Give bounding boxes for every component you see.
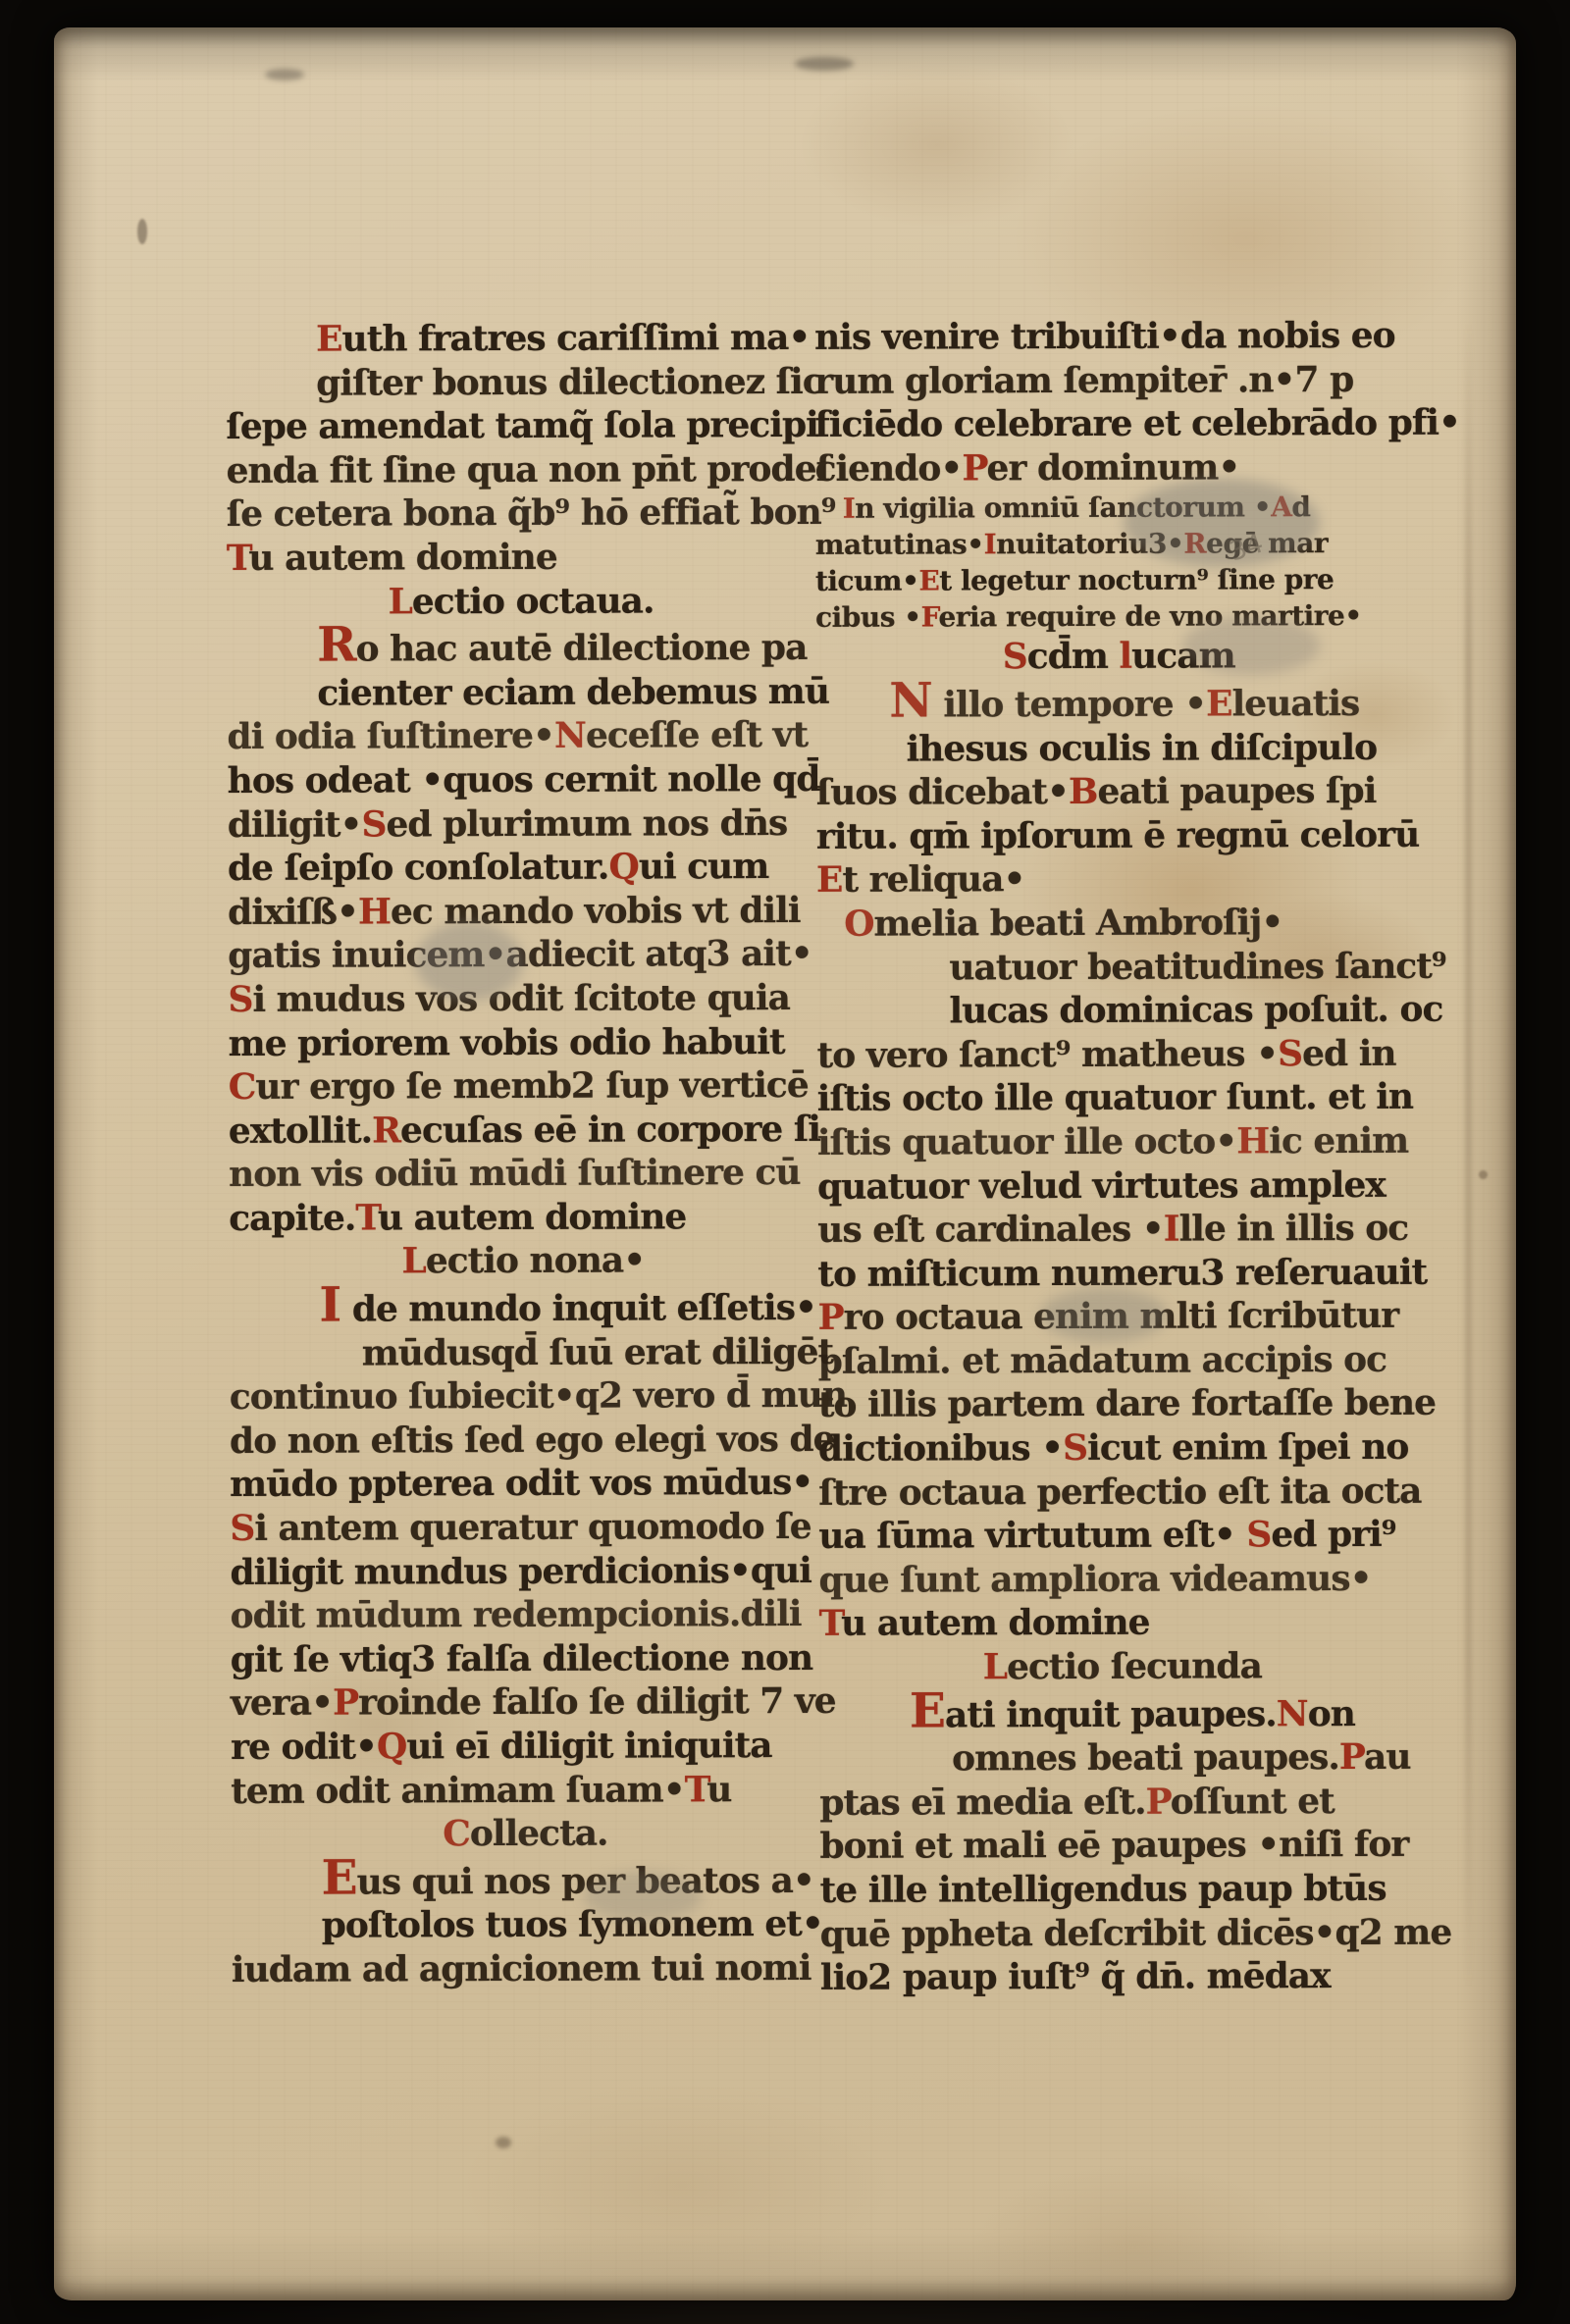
text-line: us eſt cardinales •Ille in illis oc — [817, 1207, 1424, 1253]
text-line: lio2 paup iuſt⁹ q̃ dn̄. mēdax — [820, 1954, 1427, 2000]
rubricated-initial: E — [1206, 683, 1232, 724]
stain-speck — [795, 57, 854, 71]
text-line: Si antem queratur quomodo ſe — [230, 1505, 818, 1551]
text-line: continuo ſubiecit•q2 vero d̄ mun — [230, 1373, 818, 1420]
rubricated-initial: L — [983, 1646, 1007, 1687]
text-line: te ille intelligendus paup btūs — [820, 1867, 1427, 1913]
text-line: me priorem vobis odio habuit — [228, 1019, 816, 1065]
text-line: ſepe amendat tamq̃ ſola precipi — [226, 403, 814, 449]
text-line: enda fit ſine qua non pn̄t prodeſ — [226, 447, 814, 493]
text-line: vera•Proinde falſo ſe diligit 7 ve — [231, 1679, 819, 1726]
rubricated-initial: I — [1164, 1209, 1179, 1250]
text-line: de ſeipſo conſolatur.Qui cum — [228, 845, 816, 891]
text-line: ihesus oculis in diſcipulo — [815, 725, 1422, 771]
text-line: N illo tempore •Eleuatis — [815, 678, 1422, 728]
rubricated-initial: B — [1069, 771, 1098, 812]
stain-speck — [137, 219, 147, 244]
stain-speck — [265, 69, 304, 80]
text-line: rum gloriam ſempiter̄ .n•7 p — [814, 357, 1421, 403]
rubricated-initial: T — [685, 1769, 707, 1810]
text-line: git ſe vtiq3 falſa dilectione non — [231, 1636, 819, 1682]
text-line: odit mūdum redempcionis.dili — [231, 1592, 819, 1638]
rubricated-initial: I — [319, 1277, 340, 1333]
rubricated-initial: L — [388, 581, 411, 622]
text-line: cibus •Feria require de vno martire• — [815, 597, 1422, 636]
rubricated-initial: T — [227, 538, 249, 579]
text-line: diligit•Sed plurimum nos dn̄s — [228, 800, 816, 847]
text-line: giſter bonus dilectionez ſic — [226, 359, 814, 405]
section-heading: Lectio nona• — [229, 1238, 817, 1284]
text-line: re odit•Qui eī diligit iniquita — [231, 1724, 819, 1770]
text-line: Ro hac autē dilectione pa — [227, 622, 815, 672]
rubricated-initial: P — [1339, 1736, 1364, 1778]
text-line: dictionibus •Sicut enim ſpei no — [818, 1425, 1425, 1472]
ink-smudge — [584, 1872, 702, 1921]
rubricated-initial: E — [321, 1849, 356, 1905]
rubricated-initial: l — [1119, 636, 1131, 677]
text-line: diligit mundus perdicionis•qui — [230, 1549, 818, 1595]
text-line: pſalmi. et mādatum accipis oc — [818, 1338, 1425, 1384]
rubricated-initial: P — [962, 447, 986, 489]
rubricated-initial: C — [443, 1813, 470, 1854]
rubricated-initial: N — [554, 715, 586, 756]
ink-smudge — [1182, 616, 1320, 675]
rubricated-initial: H — [358, 891, 391, 932]
text-line: Euth fratres cariſſimi ma• — [226, 316, 814, 362]
text-line: que ſunt ampliora videamus• — [818, 1557, 1425, 1603]
text-line: quatuor velud virtutes amplex — [817, 1162, 1424, 1209]
rubricated-initial: R — [317, 617, 356, 673]
rubricated-initial: N — [889, 672, 932, 728]
rubricated-initial: E — [816, 859, 843, 901]
text-block: Euth fratres cariſſimi ma•giſter bonus d… — [50, 25, 1520, 2302]
ink-smudge — [1124, 479, 1320, 567]
text-line: ficiēdo celebrare et celebrādo pfi• — [814, 401, 1421, 447]
rubricated-initial: Q — [608, 847, 639, 888]
text-line: iſtis octo ille quatuor ſunt. et in — [817, 1075, 1424, 1121]
rubricated-initial: S — [1278, 1033, 1302, 1074]
text-line: Tu autem domine — [819, 1600, 1426, 1646]
text-line: In vigilia omniū ſanctorum •Ad — [815, 489, 1422, 527]
section-heading: Lectio octaua. — [227, 578, 815, 624]
text-line: Eati inquit paupes.Non — [819, 1687, 1426, 1737]
rubricated-initial: S — [1063, 1427, 1087, 1469]
rubricated-initial: S — [1246, 1515, 1271, 1556]
text-line: ſuos dicebat•Beati paupes ſpi — [816, 769, 1423, 815]
text-line: nis venire tribuiſti•da nobis eo — [814, 314, 1421, 360]
text-line: omnes beati paupes.Pau — [819, 1735, 1426, 1782]
text-line: boni et mali eē paupes •niſi for — [819, 1823, 1426, 1869]
text-line: quē ppheta deſcribit dicēs•q2 me — [820, 1910, 1427, 1956]
rubricated-initial: H — [1236, 1120, 1269, 1162]
rubricated-initial: L — [401, 1241, 425, 1282]
rubricated-initial: E — [910, 1682, 945, 1738]
text-line: Cur ergo ſe memb2 ſup verticē — [229, 1063, 817, 1110]
rubricated-initial: Q — [377, 1726, 407, 1767]
text-line: poſtolos tuos ſymonem et• — [232, 1902, 820, 1948]
text-line: cienter eciam debemus mū — [227, 670, 815, 716]
text-line: ua ſūma virtutum eſt• Sed pri⁹ — [818, 1513, 1425, 1559]
text-line: ciendo•Per dominum• — [814, 445, 1421, 491]
rubricated-initial: I — [984, 529, 997, 561]
text-line: ſe cetera bona q̃b⁹ hō effiat̃ bon⁹ — [227, 491, 815, 537]
page-fold-crease — [1465, 322, 1472, 1989]
text-line: do non eſtis ſed ego elegi vos de — [230, 1418, 818, 1464]
rubricated-initial: R — [372, 1110, 400, 1151]
ink-smudge — [1040, 1288, 1168, 1342]
text-line: Si mudus vos odit ſcitote quia — [228, 976, 816, 1022]
rubricated-initial: C — [229, 1066, 256, 1108]
text-column-left: Euth fratres cariſſimi ma•giſter bonus d… — [226, 316, 820, 1992]
stain-speck — [496, 2137, 511, 2148]
text-line: iudam ad agnicionem tui nomi — [232, 1946, 820, 1992]
rubricated-initial: I — [843, 492, 856, 525]
rubricated-initial: E — [918, 565, 939, 597]
rubricated-initial: T — [355, 1197, 378, 1238]
text-line: hos odeat •quos cernit nolle qd̄ — [228, 757, 816, 803]
rubricated-initial: P — [1145, 1781, 1170, 1822]
rubricated-initial: P — [817, 1297, 843, 1338]
text-column-right: nis venire tribuiſti•da nobis eorum glor… — [814, 314, 1427, 2000]
rubricated-initial: F — [921, 601, 939, 634]
rubricated-initial: T — [819, 1603, 842, 1644]
rubricated-initial: O — [844, 904, 874, 945]
text-line: ſtre octaua perfectio eſt ita octa — [818, 1469, 1425, 1515]
text-line: to vero ſanct⁹ matheus •Sed in — [817, 1031, 1424, 1077]
text-line: ritu. qm̄ ipſorum ē regnū celorū — [816, 812, 1423, 858]
text-line: uatuor beatitudines ſanct⁹ — [816, 944, 1423, 990]
rubricated-initial: E — [316, 319, 342, 360]
photo-background: Euth fratres cariſſimi ma•giſter bonus d… — [0, 0, 1570, 2324]
rubricated-initial: S — [361, 803, 386, 845]
text-line: lucas dominicas poſuit. oc — [816, 988, 1423, 1034]
rubricated-initial: S — [228, 979, 252, 1020]
text-line: mūdo ppterea odit vos mūdus• — [230, 1461, 818, 1507]
ink-smudge — [415, 922, 523, 1001]
text-line: non vis odiū mūdi ſuſtinere cū — [229, 1151, 817, 1197]
manuscript-page: Euth fratres cariſſimi ma•giſter bonus d… — [54, 27, 1516, 2300]
text-line: extollit.Recuſas eē in corpore ſi — [229, 1108, 817, 1154]
text-line: tem odit animam ſuam•Tu — [231, 1767, 819, 1813]
text-line: mūdusqd̄ ſuū erat diligēt — [230, 1330, 818, 1376]
text-line: di odia ſuſtinere•Neceſſe eſt vt — [227, 713, 815, 759]
text-line: dixiſß•Hec mando vobis vt dili — [228, 889, 816, 935]
text-line: matutinas•Inuitatoriu3•Regē mar — [815, 525, 1422, 563]
text-line: I de mundo inquit eſſetis• — [229, 1282, 817, 1332]
rubricated-initial: P — [333, 1682, 358, 1724]
section-heading: Collecta. — [231, 1811, 819, 1857]
text-line: ticum•Et legetur nocturn⁹ ſine pre — [815, 561, 1422, 599]
text-line: capite.Tu autem domine — [229, 1195, 817, 1241]
rubricated-initial: N — [1277, 1693, 1308, 1734]
text-line: iſtis quatuor ille octo•Hic enim — [817, 1119, 1424, 1165]
text-line: Eus qui nos per beatos a• — [231, 1855, 819, 1905]
rubricated-initial: S — [230, 1508, 254, 1549]
text-line: to illis partem dare fortaſſe bene — [818, 1381, 1425, 1427]
rubricated-initial: S — [1003, 637, 1027, 678]
text-line: Tu autem domine — [227, 535, 815, 581]
text-line: Omelia beati Ambroſij• — [816, 901, 1423, 947]
text-line: ptas eī media eſt.Poſſunt et — [819, 1780, 1426, 1826]
text-line: Et reliqua• — [816, 856, 1423, 903]
stain-speck — [1479, 1170, 1488, 1179]
